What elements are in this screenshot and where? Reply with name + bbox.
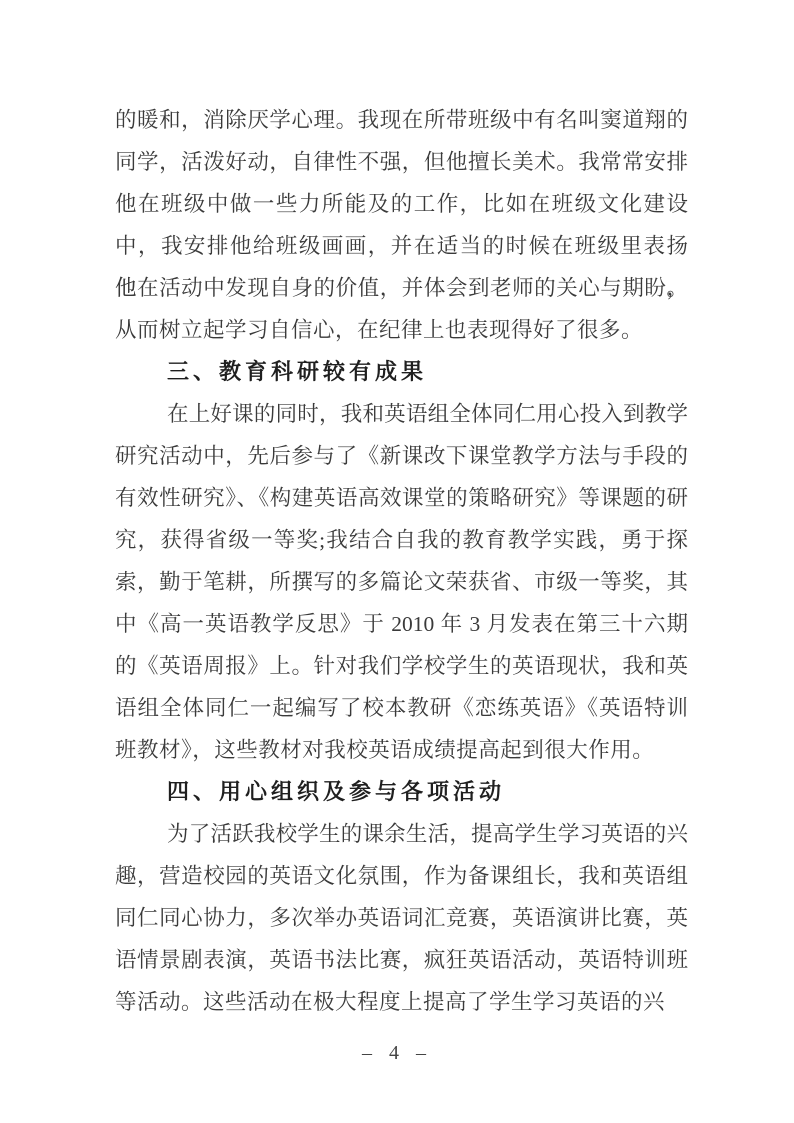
text-line: 语组全体同仁一起编写了校本教研《恋练英语》《英语特训 [115, 687, 688, 729]
text-line: 语情景剧表演，英语书法比赛，疯狂英语活动，英语特训班 [115, 939, 688, 981]
section-heading: 三、教育科研较有成果 [115, 351, 688, 393]
text-line: 为了活跃我校学生的课余生活，提高学生学习英语的兴 [115, 813, 688, 855]
text-line: 有效性研究》、《构建英语高效课堂的策略研究》等课题的研 [115, 477, 688, 519]
document-page: 的暖和，消除厌学心理。我现在所带班级中有名叫窦道翔的同学，活泼好动，自律性不强，… [0, 0, 794, 1123]
text-line: 的《英语周报》上。针对我们学校学生的英语现状，我和英 [115, 645, 688, 687]
text-line: 中《高一英语教学反思》于 2010 年 3 月发表在第三十六期 [115, 603, 688, 645]
text-line: 的暖和，消除厌学心理。我现在所带班级中有名叫窦道翔的 [115, 99, 688, 141]
text-line: 索，勤于笔耕，所撰写的多篇论文荣获省、市级一等奖，其 [115, 561, 688, 603]
text-line: 趣，营造校园的英语文化氛围，作为备课组长，我和英语组 [115, 855, 688, 897]
text-line: 在上好课的同时，我和英语组全体同仁用心投入到教学 [115, 393, 688, 435]
page-number: – 4 – [0, 1042, 794, 1064]
text-line: 同学，活泼好动，自律性不强，但他擅长美术。我常常安排 [115, 141, 688, 183]
text-line: 班教材》，这些教材对我校英语成绩提高起到很大作用。 [115, 729, 688, 771]
document-text-block: 的暖和，消除厌学心理。我现在所带班级中有名叫窦道翔的同学，活泼好动，自律性不强，… [115, 99, 688, 1023]
text-line: 究，获得省级一等奖;我结合自我的教育教学实践，勇于探 [115, 519, 688, 561]
text-line: 他在活动中发现自身的价值，并体会到老师的关心与期盼， [115, 267, 688, 309]
text-line: 他在班级中做一些力所能及的工作，比如在班级文化建设 [115, 183, 688, 225]
text-line: 从而树立起学习自信心，在纪律上也表现得好了很多。 [115, 309, 688, 351]
text-line: 研究活动中，先后参与了《新课改下课堂教学方法与手段的 [115, 435, 688, 477]
text-line: 同仁同心协力，多次举办英语词汇竞赛，英语演讲比赛，英 [115, 897, 688, 939]
text-line: 中，我安排他给班级画画，并在适当的时候在班级里表扬他。 [115, 225, 688, 267]
section-heading: 四、用心组织及参与各项活动 [115, 771, 688, 813]
text-line: 等活动。这些活动在极大程度上提高了学生学习英语的兴 [115, 981, 688, 1023]
